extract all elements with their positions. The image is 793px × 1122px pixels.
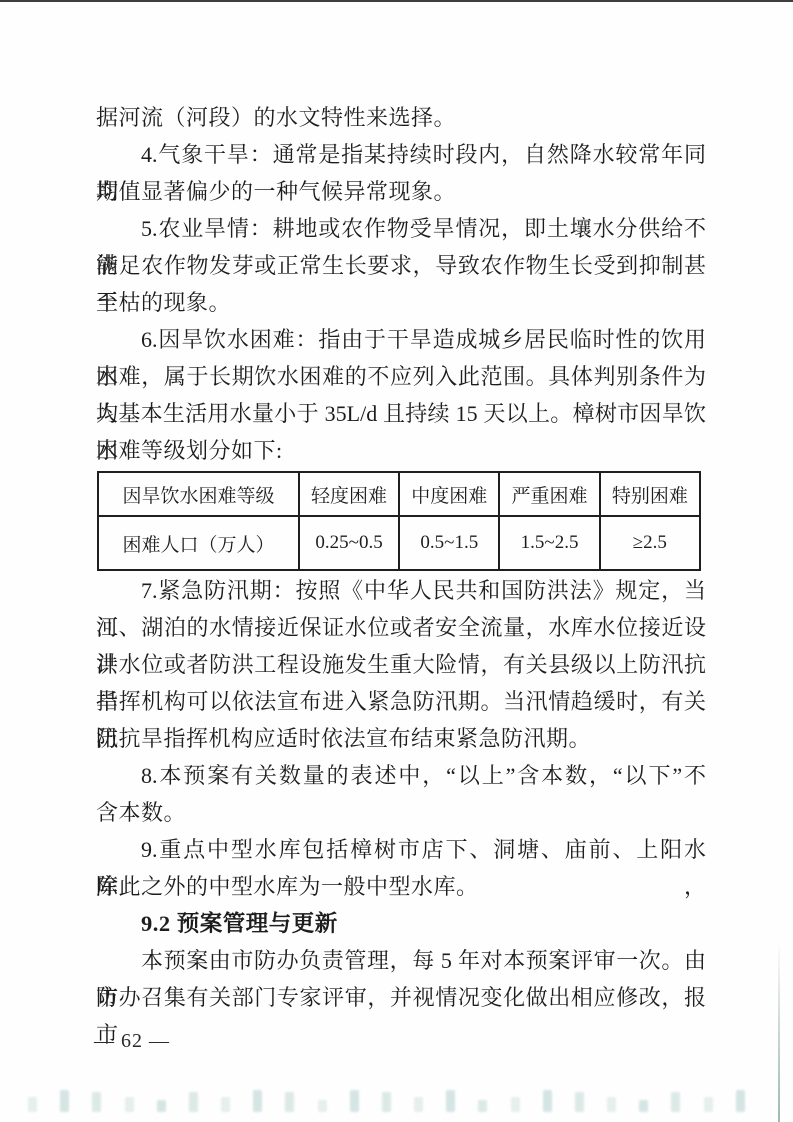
table-header-cell: 轻度困难 — [299, 472, 399, 516]
table-header-cell: 特别困难 — [600, 472, 700, 516]
text-line: 据河流（河段）的水文特性来选择。 — [96, 99, 706, 136]
table-cell: 0.25~0.5 — [299, 516, 399, 570]
section-heading: 9.2 预案管理与更新 — [96, 905, 706, 942]
text-line: 河、湖泊的水情接近保证水位或者安全流量，水库水位接近设计 — [96, 609, 706, 646]
drought-difficulty-table: 因旱饮水困难等级 轻度困难 中度困难 严重困难 特别困难 困难人口（万人） 0.… — [97, 471, 701, 571]
text-line: 4.气象干旱：通常是指某持续时段内，自然降水较常年同期 — [96, 136, 706, 173]
text-line: 均值显著偏少的一种气候异常现象。 — [96, 173, 706, 210]
table-header-row: 因旱饮水困难等级 轻度困难 中度困难 严重困难 特别困难 — [98, 472, 700, 516]
text-line: 困难，属于长期饮水困难的不应列入此范围。具体判别条件为人 — [96, 358, 706, 395]
table-row: 困难人口（万人） 0.25~0.5 0.5~1.5 1.5~2.5 ≥2.5 — [98, 516, 700, 570]
text-line: 9.重点中型水库包括樟树市店下、洞塘、庙前、上阳水库， — [96, 831, 706, 868]
text-line: 防办召集有关部门专家评审，并视情况变化做出相应修改，报市 — [96, 979, 706, 1016]
table-header-cell: 因旱饮水困难等级 — [98, 472, 299, 516]
text-line: 6.因旱饮水困难：指由于干旱造成城乡居民临时性的饮用水 — [96, 321, 706, 358]
table-cell: 困难人口（万人） — [98, 516, 299, 570]
ink-bleed-artifacts — [28, 1088, 745, 1112]
text-line: 本预案由市防办负责管理，每 5 年对本预案评审一次。由市 — [96, 942, 706, 979]
text-line: 5.农业旱情：耕地或农作物受旱情况，即土壤水分供给不能 — [96, 210, 706, 247]
text-line: 干枯的现象。 — [96, 284, 706, 321]
text-line: 困难等级划分如下: — [96, 432, 706, 469]
text-line: 指挥机构可以依法宣布进入紧急防汛期。当汛情趋缓时，有关防 — [96, 683, 706, 720]
text-line: 洪水位或者防洪工程设施发生重大险情，有关县级以上防汛抗旱 — [96, 646, 706, 683]
table-cell: 0.5~1.5 — [399, 516, 499, 570]
text-line: 7.紧急防汛期：按照《中华人民共和国防洪法》规定，当江 — [96, 572, 706, 609]
text-line: 均基本生活用水量小于 35L/d 且持续 15 天以上。樟树市因旱饮水 — [96, 395, 706, 432]
text-line: 汛抗旱指挥机构应适时依法宣布结束紧急防汛期。 — [96, 720, 706, 757]
page-number: — 62 — — [94, 1030, 170, 1053]
text-line: 含本数。 — [96, 794, 706, 831]
document-body: 据河流（河段）的水文特性来选择。 4.气象干旱：通常是指某持续时段内，自然降水较… — [96, 99, 706, 1016]
text-line: 8.本预案有关数量的表述中，“以上”含本数，“以下”不 — [96, 757, 706, 794]
document-page: 据河流（河段）的水文特性来选择。 4.气象干旱：通常是指某持续时段内，自然降水较… — [0, 0, 793, 1122]
scan-right-edge-artifact — [778, 940, 780, 1122]
table-header-cell: 严重困难 — [499, 472, 599, 516]
table-cell: 1.5~2.5 — [499, 516, 599, 570]
scan-top-edge-artifact — [0, 0, 793, 2]
table-header-cell: 中度困难 — [399, 472, 499, 516]
table-cell: ≥2.5 — [600, 516, 700, 570]
text-line: 满足农作物发芽或正常生长要求，导致农作物生长受到抑制甚至 — [96, 247, 706, 284]
